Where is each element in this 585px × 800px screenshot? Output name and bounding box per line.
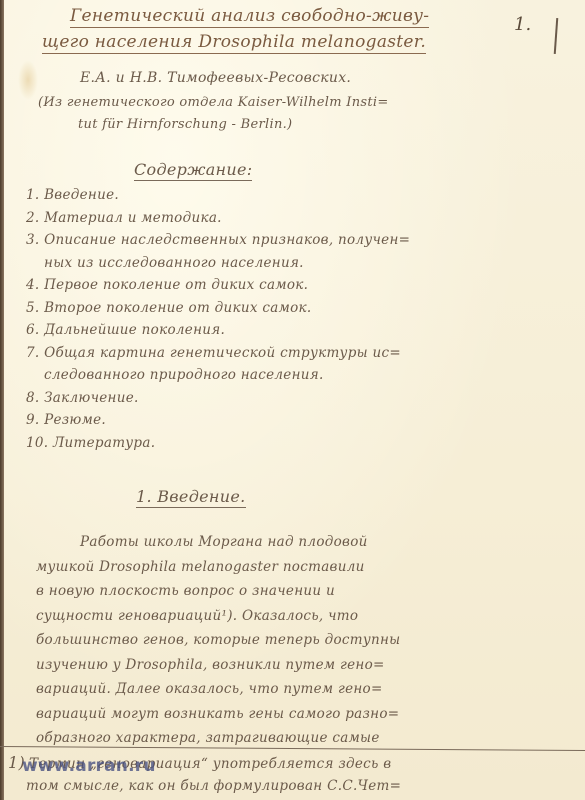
page-number: 1. — [514, 14, 531, 35]
section-heading: 1. Введение. — [136, 487, 246, 508]
toc-item-3-cont: ных из исследованного населения. — [26, 252, 410, 275]
watermark: www.arran.ru — [22, 756, 156, 776]
affiliation-line-1: (Из генетического отдела Kaiser-Wilhelm … — [38, 92, 389, 114]
margin-stroke — [554, 18, 559, 54]
toc-item-7-cont: следованного природного населения. — [26, 364, 410, 387]
affiliation-line-2: tut für Hirnforschung - Berlin.) — [38, 114, 389, 136]
body-line: изучению у Drosophila, возникли путем ге… — [36, 653, 476, 678]
toc-item-9: 9. Резюме. — [26, 409, 410, 432]
footnote-line-2: том смысле, как он был формулирован С.С.… — [8, 775, 401, 797]
toc-item-5: 5. Второе поколение от диких самок. — [26, 297, 410, 320]
toc-item-2: 2. Материал и методика. — [26, 207, 410, 230]
body-line: большинство генов, которые теперь доступ… — [36, 628, 476, 653]
toc-item-1: 1. Введение. — [26, 184, 410, 207]
body-line: вариаций могут возникать гены самого раз… — [36, 702, 476, 727]
toc-item-8: 8. Заключение. — [26, 387, 410, 410]
title-line-2: щего населения Drosophila melanogaster. — [42, 32, 426, 54]
section-body: Работы школы Моргана над плодовой мушкой… — [36, 530, 476, 751]
toc-item-6: 6. Дальнейшие поколения. — [26, 319, 410, 342]
toc-item-7: 7. Общая картина генетической структуры … — [26, 342, 410, 365]
affiliation: (Из генетического отдела Kaiser-Wilhelm … — [38, 92, 389, 136]
body-line: мушкой Drosophila melanogaster поставили — [36, 555, 476, 580]
title-line-1: Генетический анализ свободно-живу- — [70, 6, 429, 28]
body-line: Работы школы Моргана над плодовой — [36, 530, 476, 555]
table-of-contents: 1. Введение. 2. Материал и методика. 3. … — [26, 184, 410, 454]
contents-heading: Содержание: — [134, 160, 252, 181]
toc-item-10: 10. Литература. — [26, 432, 410, 455]
body-line: вариаций. Далее оказалось, что путем ген… — [36, 677, 476, 702]
body-line: в новую плоскость вопрос о значении и — [36, 579, 476, 604]
manuscript-page: Генетический анализ свободно-живу- щего … — [0, 0, 585, 800]
toc-item-4: 4. Первое поколение от диких самок. — [26, 274, 410, 297]
body-line: сущности геновариаций¹). Оказалось, что — [36, 604, 476, 629]
page-binding-edge — [0, 0, 4, 800]
authors: Е.А. и Н.В. Тимофеевых-Ресовских. — [80, 70, 351, 86]
paper-stain — [18, 60, 38, 100]
toc-item-3: 3. Описание наследственных признаков, по… — [26, 229, 410, 252]
